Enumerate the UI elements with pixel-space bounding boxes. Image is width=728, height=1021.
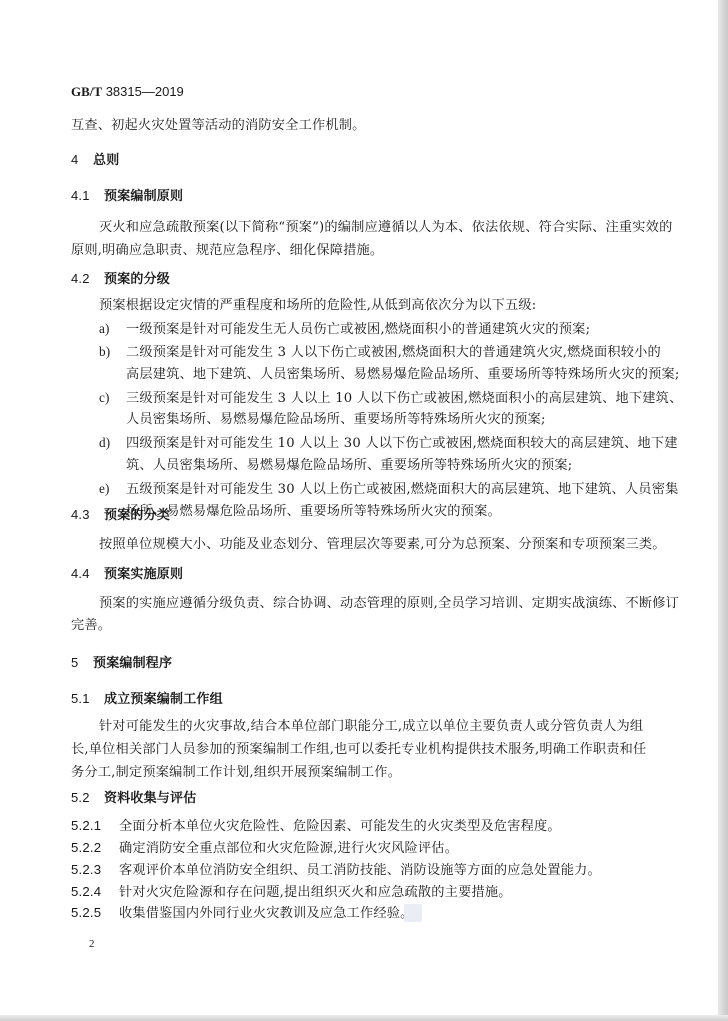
section-title: 预案实施原则 [104,566,183,581]
section-title: 成立预案编制工作组 [104,691,223,706]
clause-5-2-1: 5.2.1全面分析本单位火灾危险性、危险因素、可能发生的火灾类型及危害程度。 [71,818,561,835]
standard-prefix: GB/T [71,84,102,99]
list-text: 四级预案是针对可能发生 10 人以上 30 人以下伤亡或被困,燃烧面积较大的高层… [126,436,678,451]
clause-5-2-3: 5.2.3客观评价本单位消防安全组织、员工消防技能、消防设施等方面的应急处置能力… [71,862,601,879]
clause-5-2-5: 5.2.5收集借鉴国内外同行业火灾教训及应急工作经验。 [71,905,414,922]
section-number: 4 [71,152,93,168]
paragraph-line: 务分工,制定预案编制工作计划,组织开展预案编制工作。 [71,765,401,781]
paragraph-line: 灭火和应急疏散预案(以下简称“预案”)的编制应遵循以人为本、依法依规、符合实际、… [99,220,672,236]
clause-5-2-2: 5.2.2确定消防安全重点部位和火灾危险源,进行火灾风险评估。 [71,840,458,857]
clause-number: 5.2.3 [71,862,119,878]
standard-code: 38315—2019 [106,84,184,99]
clause-number: 5.2.5 [71,905,119,921]
section-4-heading: 4总则 [71,152,119,168]
section-4-1-heading: 4.1预案编制原则 [71,188,183,204]
list-item-d: d)四级预案是针对可能发生 10 人以上 30 人以下伤亡或被困,燃烧面积较大的… [99,435,678,452]
section-number: 5.1 [71,691,104,707]
paragraph-line: 原则,明确应急职责、规范应急程序、细化保障措施。 [71,243,383,259]
list-text: 一级预案是针对可能发生无人员伤亡或被困,燃烧面积小的普通建筑火灾的预案; [126,322,590,337]
paragraph-line: 预案根据设定灾情的严重程度和场所的危险性,从低到高依次分为以下五级: [99,298,536,314]
list-text: 三级预案是针对可能发生 3 人以上 10 人以下伤亡或被困,燃烧面积小的高层建筑… [126,391,682,406]
clause-text: 收集借鉴国内外同行业火灾教训及应急工作经验。 [119,906,414,921]
document-page: GB/T 38315—2019 互查、初起火灾处置等活动的消防安全工作机制。 4… [0,0,718,1015]
paragraph-line: 预案的实施应遵循分级负责、综合协调、动态管理的原则,全员学习培训、定期实战演练、… [99,596,679,612]
section-number: 4.2 [71,271,104,287]
section-title: 预案编制程序 [93,655,172,670]
section-4-3-heading: 4.3预案的分类 [71,507,170,523]
section-5-1-heading: 5.1成立预案编制工作组 [71,691,223,707]
section-4-2-heading: 4.2预案的分级 [71,271,170,287]
page-edge-shadow [718,0,728,1021]
list-text-continued: 场所、易燃易爆危险品场所、重要场所等特殊场所火灾的预案。 [126,504,501,520]
section-number: 5.2 [71,790,104,806]
list-text-continued: 人员密集场所、易燃易爆危险品场所、重要场所等特殊场所火灾的预案; [126,412,546,428]
section-number: 4.3 [71,507,104,523]
list-label: a) [99,321,126,337]
paragraph-line: 完善。 [71,618,111,634]
section-title: 预案编制原则 [104,188,183,203]
section-5-heading: 5预案编制程序 [71,655,172,671]
list-label: b) [99,344,126,360]
list-item-b: b)二级预案是针对可能发生 3 人以下伤亡或被困,燃烧面积大的普通建筑火灾,燃烧… [99,344,661,361]
section-4-4-heading: 4.4预案实施原则 [71,566,183,582]
continuation-text: 互查、初起火灾处置等活动的消防安全工作机制。 [71,118,366,134]
section-5-2-heading: 5.2资料收集与评估 [71,790,196,806]
list-item-c: c)三级预案是针对可能发生 3 人以上 10 人以下伤亡或被困,燃烧面积小的高层… [99,390,682,407]
list-item-a: a)一级预案是针对可能发生无人员伤亡或被困,燃烧面积小的普通建筑火灾的预案; [99,321,590,338]
list-item-e: e)五级预案是针对可能发生 30 人以上伤亡或被困,燃烧面积大的高层建筑、地下建… [99,481,678,498]
clause-text: 针对火灾危险源和存在问题,提出组织灭火和应急疏散的主要措施。 [119,885,512,900]
section-title: 资料收集与评估 [104,790,196,805]
list-text: 二级预案是针对可能发生 3 人以下伤亡或被困,燃烧面积大的普通建筑火灾,燃烧面积… [126,345,661,360]
paragraph-line: 按照单位规模大小、功能及业态划分、管理层次等要素,可分为总预案、分预案和专项预案… [99,537,666,553]
list-label: c) [99,390,126,406]
clause-text: 确定消防安全重点部位和火灾危险源,进行火灾风险评估。 [119,841,458,856]
paragraph-line: 针对可能发生的火灾事故,结合本单位部门职能分工,成立以单位主要负责人或分管负责人… [99,719,643,735]
list-text: 五级预案是针对可能发生 30 人以上伤亡或被困,燃烧面积大的高层建筑、地下建筑、… [126,482,678,497]
section-title: 总则 [93,152,119,167]
list-label: e) [99,481,126,497]
page-number: 2 [89,938,95,950]
list-text-continued: 高层建筑、地下建筑、人员密集场所、易燃易爆危险品场所、重要场所等特殊场所火灾的预… [126,367,680,383]
section-number: 5 [71,655,93,671]
clause-5-2-4: 5.2.4针对火灾危险源和存在问题,提出组织灭火和应急疏散的主要措施。 [71,884,512,901]
clause-text: 全面分析本单位火灾危险性、危险因素、可能发生的火灾类型及危害程度。 [119,819,561,834]
section-title: 预案的分类 [104,507,170,522]
list-text-continued: 筑、人员密集场所、易燃易爆危险品场所、重要场所等特殊场所火灾的预案; [126,458,572,474]
page-edge-shadow-bottom [0,1015,728,1021]
clause-number: 5.2.1 [71,818,119,834]
section-number: 4.4 [71,566,104,582]
clause-number: 5.2.4 [71,884,119,900]
list-label: d) [99,435,126,451]
standard-number: GB/T 38315—2019 [71,84,184,100]
section-title: 预案的分级 [104,271,170,286]
clause-number: 5.2.2 [71,840,119,856]
paragraph-line: 长,单位相关部门人员参加的预案编制工作组,也可以委托专业机构提供技术服务,明确工… [71,742,646,758]
watermark-icon [404,904,422,922]
section-number: 4.1 [71,188,104,204]
clause-text: 客观评价本单位消防安全组织、员工消防技能、消防设施等方面的应急处置能力。 [119,863,601,878]
